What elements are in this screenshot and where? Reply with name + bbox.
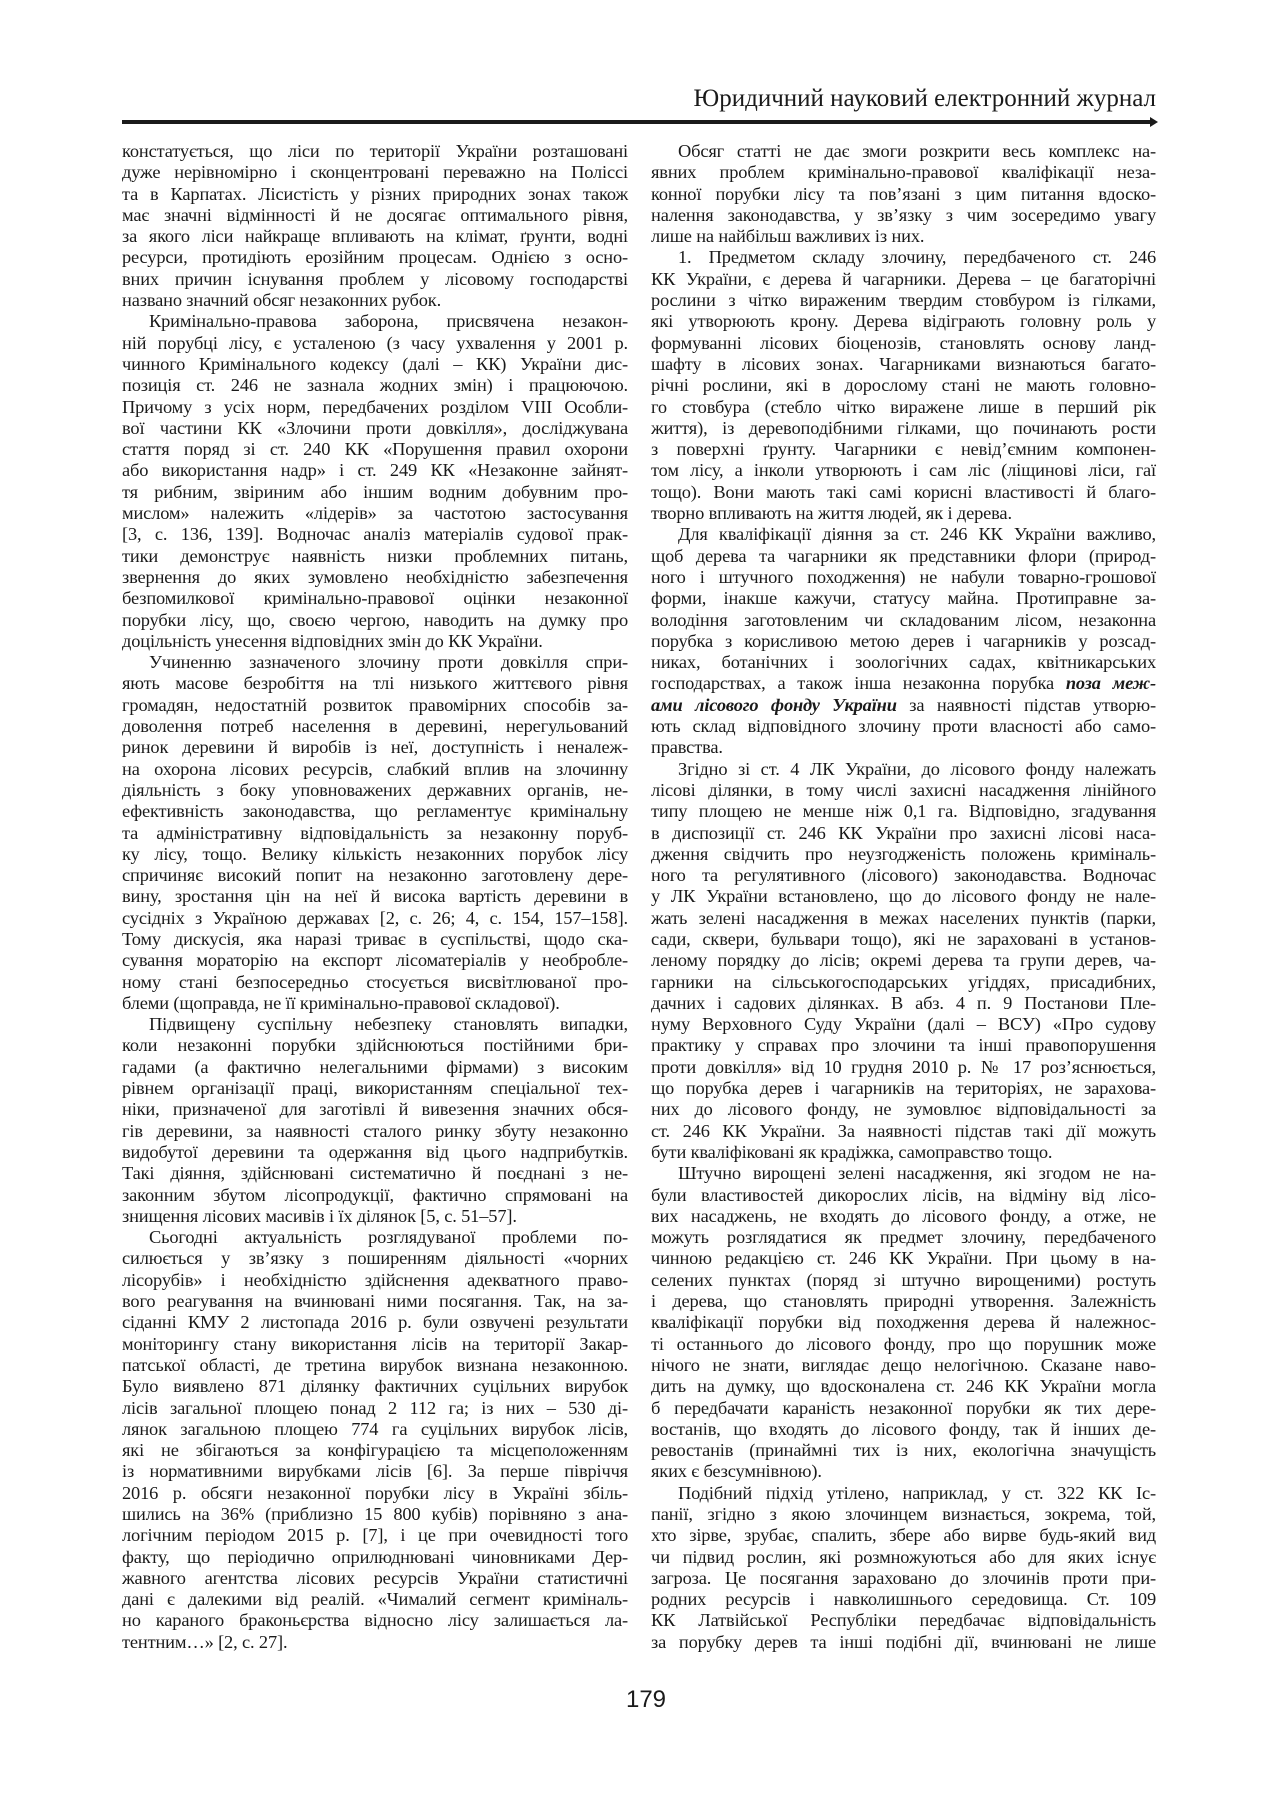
text-line: хто зірве, зрубає, спалить, збере або ви… bbox=[651, 1525, 1156, 1546]
text-run: Обсяг статті не дає змоги розкрити весь … bbox=[678, 141, 1156, 161]
text-line: моніторингу стану використання лісів на … bbox=[122, 1334, 628, 1355]
text-run: Подібний підхід утілено, наприклад, у ст… bbox=[678, 1483, 1156, 1503]
text-line: дані є далекими від реалій. «Чималий сег… bbox=[122, 1589, 628, 1610]
text-run: вої частини КК «Злочини проти довкілля»,… bbox=[122, 418, 628, 438]
text-run: ресурси, протидіють ерозійним процесам. … bbox=[122, 247, 628, 267]
text-run: тики демонструє наявність низки проблемн… bbox=[122, 546, 628, 566]
text-run: рослини з чітко вираженим твердим стовбу… bbox=[651, 290, 1156, 310]
text-run: вних причин існування проблем у лісовому… bbox=[122, 269, 628, 289]
text-line: сади, сквери, бульвари тощо), які не зар… bbox=[651, 929, 1156, 950]
text-line: доцільність унесення відповідних змін до… bbox=[122, 631, 628, 652]
text-run: з поверхні ґрунту. Чагарники є невід’ємн… bbox=[651, 439, 1156, 459]
text-run: типу площею не менше ніж 0,1 га. Відпові… bbox=[651, 801, 1156, 821]
text-run: дачних і садових ділянках. В абз. 4 п. 9… bbox=[651, 993, 1156, 1013]
text-run: Штучно вирощені зелені насадження, які з… bbox=[678, 1163, 1156, 1183]
text-run: ревостанів (принаймні тих із них, еколог… bbox=[651, 1440, 1156, 1460]
text-line: гадами (а фактично нелегальними фірмами)… bbox=[122, 1057, 628, 1078]
page-number: 179 bbox=[0, 1686, 1280, 1714]
text-line: тики демонструє наявність низки проблемн… bbox=[122, 546, 628, 567]
text-line: практику у справах про злочини та інші п… bbox=[651, 1035, 1156, 1056]
text-line: Було виявлено 871 ділянку фактичних суці… bbox=[122, 1376, 628, 1397]
text-run: життя), із деревоподібними гілками, що п… bbox=[651, 418, 1156, 438]
text-run: кваліфікації порубки від походження дере… bbox=[651, 1312, 1156, 1332]
text-run: тощо). Вони мають такі самі корисні влас… bbox=[651, 482, 1156, 502]
text-run: вих насаджень, не входять до лісового фо… bbox=[651, 1206, 1156, 1226]
text-line: Штучно вирощені зелені насадження, які з… bbox=[651, 1163, 1156, 1184]
text-line: селених пунктах (поряд зі штучно вирощен… bbox=[651, 1270, 1156, 1291]
text-run: за якого ліси найкраще впливають на клім… bbox=[122, 226, 628, 246]
text-line: леному порядку до лісів; окремі дерева т… bbox=[651, 950, 1156, 971]
text-line: тентним…» [2, с. 27]. bbox=[122, 1632, 628, 1653]
text-line: дуже нерівномірно і сконцентровані перев… bbox=[122, 162, 628, 183]
text-line: но караного браконьєрства відносно лісу … bbox=[122, 1610, 628, 1631]
text-line: які не збігаються за конфігурацією та мі… bbox=[122, 1440, 628, 1461]
text-run: явних проблем кримінально-правової квалі… bbox=[651, 162, 1156, 182]
text-line: том лісу, а інколи утворюють і сам ліс (… bbox=[651, 460, 1156, 481]
text-run: чинного Кримінального кодексу (далі – КК… bbox=[122, 354, 628, 374]
emphasis-text: ами лісового фонду України bbox=[651, 695, 897, 715]
text-run: спричиняє високий попит на незаконно заг… bbox=[122, 865, 628, 885]
text-run: господарствах, а також інша незаконна по… bbox=[651, 673, 1066, 693]
text-run: нічого не знати, виглядає дещо нелогічно… bbox=[651, 1355, 1156, 1375]
text-run: яких є безсумнівною). bbox=[651, 1461, 822, 1481]
text-run: нуму Верховного Суду України (далі – ВСУ… bbox=[651, 1014, 1156, 1034]
text-line: доволення потреб населення в деревині, н… bbox=[122, 716, 628, 737]
text-run: ринок деревини й виробів із неї, доступн… bbox=[122, 737, 628, 757]
text-line: в диспозиції ст. 246 КК України про захи… bbox=[651, 823, 1156, 844]
text-line: і дерева, що становлять природні утворен… bbox=[651, 1291, 1156, 1312]
text-line: ній порубці лісу, є усталеною (з часу ух… bbox=[122, 333, 628, 354]
text-run: силюється у зв’язку з поширенням діяльно… bbox=[122, 1248, 628, 1268]
text-line: нуму Верховного Суду України (далі – ВСУ… bbox=[651, 1014, 1156, 1035]
text-run: гів деревини, за наявності сталого ринку… bbox=[122, 1121, 628, 1141]
text-line: правства. bbox=[651, 737, 1156, 758]
text-run: дження свідчить про неузгодженість полож… bbox=[651, 844, 1156, 864]
text-line: гарники на сільськогосподарських угіддях… bbox=[651, 972, 1156, 993]
text-run: ному стані безпосередньо стосується висв… bbox=[122, 972, 628, 992]
text-run: формуванні лісових біоценозів, становлят… bbox=[651, 333, 1156, 353]
text-line: лісові ділянки, в тому числі захисні нас… bbox=[651, 780, 1156, 801]
text-line: порубки лісу, що, своєю чергою, наводить… bbox=[122, 610, 628, 631]
text-run: панії, згідно з якою злочинцем визнаєтьс… bbox=[651, 1504, 1156, 1524]
text-run: селених пунктах (поряд зі штучно вирощен… bbox=[651, 1270, 1156, 1290]
header-rule-divider bbox=[122, 120, 1152, 124]
text-line: ють склад відповідного злочину проти вла… bbox=[651, 716, 1156, 737]
text-line: знищення лісових масивів і їх ділянок [5… bbox=[122, 1206, 628, 1227]
text-run: лянок загальною площею 774 га суцільних … bbox=[122, 1419, 628, 1439]
text-run: дані є далекими від реалій. «Чималий сег… bbox=[122, 1589, 628, 1609]
text-line: яють масове безробіття на тлі низького ж… bbox=[122, 673, 628, 694]
text-run: сади, сквери, бульвари тощо), які не зар… bbox=[651, 929, 1156, 949]
text-line: ті останнього до лісового фонду, про що … bbox=[651, 1334, 1156, 1355]
text-line: востанів, що входять до лісового фонду, … bbox=[651, 1419, 1156, 1440]
text-line: кваліфікації порубки від походження дере… bbox=[651, 1312, 1156, 1333]
text-line: Обсяг статті не дає змоги розкрити весь … bbox=[651, 141, 1156, 162]
text-run: Такі діяння, здійснювані систематично й … bbox=[122, 1163, 628, 1183]
text-run: вину, зростання цін на неї й висока варт… bbox=[122, 886, 628, 906]
text-run: востанів, що входять до лісового фонду, … bbox=[651, 1419, 1156, 1439]
text-line: силюється у зв’язку з поширенням діяльно… bbox=[122, 1248, 628, 1269]
text-line: блеми (щоправда, не її кримінально-право… bbox=[122, 993, 628, 1014]
text-line: лісорубів» і необхідністю здійснення аде… bbox=[122, 1270, 628, 1291]
text-line: лише на найбільш важливих із них. bbox=[651, 226, 1156, 247]
text-line: факту, що періодично оприлюднювані чинов… bbox=[122, 1547, 628, 1568]
text-line: тощо). Вони мають такі самі корисні влас… bbox=[651, 482, 1156, 503]
text-line: б передбачати караність незаконної поруб… bbox=[651, 1398, 1156, 1419]
text-run: Було виявлено 871 ділянку фактичних суці… bbox=[122, 1376, 628, 1396]
text-run: які утворюють крону. Дерева відіграють г… bbox=[651, 311, 1156, 331]
text-line: які утворюють крону. Дерева відіграють г… bbox=[651, 311, 1156, 332]
text-line: тя рибним, звіриним або іншим водним доб… bbox=[122, 482, 628, 503]
text-run: констатується, що ліси по території Укра… bbox=[122, 141, 628, 161]
text-line: на охорона лісових ресурсів, слабкий впл… bbox=[122, 759, 628, 780]
text-run: [3, с. 136, 139]. Водночас аналіз матері… bbox=[122, 524, 628, 544]
text-run: рівнем організації праці, використанням … bbox=[122, 1078, 628, 1098]
text-line: сування мораторію на експорт лісоматеріа… bbox=[122, 950, 628, 971]
text-run: налення законодавства, у зв’язку з чим з… bbox=[651, 205, 1156, 225]
text-line: мислом» належить «лідерів» за частотою з… bbox=[122, 503, 628, 524]
text-run: ного і штучного походження) не набули то… bbox=[651, 567, 1156, 587]
text-line: видобутої деревини та одержання від цьог… bbox=[122, 1142, 628, 1163]
text-run: громадян, недостатній розвиток правомірн… bbox=[122, 695, 628, 715]
text-run: тя рибним, звіриним або іншим водним доб… bbox=[122, 482, 628, 502]
text-run: сування мораторію на експорт лісоматеріа… bbox=[122, 950, 628, 970]
text-line: названо значний обсяг незаконних рубок. bbox=[122, 290, 628, 311]
text-run: що порубка дерев і чагарників на територ… bbox=[651, 1078, 1156, 1098]
text-run: були властивостей дикорослих лісів, на в… bbox=[651, 1185, 1156, 1205]
text-line: формуванні лісових біоценозів, становлят… bbox=[651, 333, 1156, 354]
text-run: но караного браконьєрства відносно лісу … bbox=[122, 1610, 628, 1630]
text-run: Причому з усіх норм, передбачених розділ… bbox=[122, 397, 628, 417]
text-run: ку лісу, тощо. Велику кількість незаконн… bbox=[122, 844, 628, 864]
text-line: панії, згідно з якою злочинцем визнаєтьс… bbox=[651, 1504, 1156, 1525]
text-run: в диспозиції ст. 246 КК України про захи… bbox=[651, 823, 1156, 843]
left-column: констатується, що ліси по території Укра… bbox=[122, 141, 628, 1653]
text-line: гів деревини, за наявності сталого ринку… bbox=[122, 1121, 628, 1142]
text-run: видобутої деревини та одержання від цьог… bbox=[122, 1142, 628, 1162]
text-run: порубка з корисливою метою дерев і чагар… bbox=[651, 631, 1156, 651]
text-run: логічним періодом 2015 р. [7], і це при … bbox=[122, 1525, 628, 1545]
text-line: вину, зростання цін на неї й висока варт… bbox=[122, 886, 628, 907]
text-run: тентним…» [2, с. 27]. bbox=[122, 1632, 287, 1652]
text-run: лісорубів» і необхідністю здійснення аде… bbox=[122, 1270, 628, 1290]
text-run: ють склад відповідного злочину проти вла… bbox=[651, 716, 1156, 736]
text-line: ст. 246 КК України. За наявності підстав… bbox=[651, 1121, 1156, 1142]
text-run: проти довкілля» від 10 грудня 2010 р. № … bbox=[651, 1057, 1156, 1077]
text-line: форми, інакше кажучи, статусу майна. Про… bbox=[651, 588, 1156, 609]
text-line: шафту в лісових зонах. Чагарниками визна… bbox=[651, 354, 1156, 375]
text-run: законним збутом лісопродукції, фактично … bbox=[122, 1185, 628, 1205]
text-line: Сьогодні актуальність розглядуваної проб… bbox=[122, 1227, 628, 1248]
text-run: гарники на сільськогосподарських угіддях… bbox=[651, 972, 1156, 992]
text-line: Учиненню зазначеного злочину проти довкі… bbox=[122, 652, 628, 673]
text-line: творно впливають на життя людей, як і де… bbox=[651, 503, 1156, 524]
text-run: 1. Предметом складу злочину, передбачено… bbox=[678, 247, 1156, 267]
text-run: лісів загальної площею понад 2 112 га; і… bbox=[122, 1398, 628, 1418]
text-line: никах, ботанічних і зоологічних садах, к… bbox=[651, 652, 1156, 673]
text-run: можуть розглядатися як предмет злочину, … bbox=[651, 1227, 1156, 1247]
text-line: чинною редакцією ст. 246 КК України. При… bbox=[651, 1248, 1156, 1269]
text-line: ку лісу, тощо. Велику кількість незаконн… bbox=[122, 844, 628, 865]
text-run: КК Латвійської Республіки передбачає від… bbox=[651, 1610, 1156, 1630]
text-run: ефективність законодавства, що регламент… bbox=[122, 801, 628, 821]
text-line: Згідно зі ст. 4 ЛК України, до лісового … bbox=[651, 759, 1156, 780]
text-run: із нормативними вирубками лісів [6]. За … bbox=[122, 1461, 628, 1481]
text-run: доволення потреб населення в деревині, н… bbox=[122, 716, 628, 736]
text-line: типу площею не менше ніж 0,1 га. Відпові… bbox=[651, 801, 1156, 822]
text-run: факту, що періодично оприлюднювані чинов… bbox=[122, 1547, 628, 1567]
text-line: КК Латвійської Республіки передбачає від… bbox=[651, 1610, 1156, 1631]
text-line: чинного Кримінального кодексу (далі – КК… bbox=[122, 354, 628, 375]
text-run: Учиненню зазначеного злочину проти довкі… bbox=[149, 652, 628, 672]
text-line: коли незаконні порубки здійснюються пост… bbox=[122, 1035, 628, 1056]
text-line: дачних і садових ділянках. В абз. 4 п. 9… bbox=[651, 993, 1156, 1014]
text-run: чи підвид рослин, які розмножуються або … bbox=[651, 1547, 1156, 1567]
text-run: знищення лісових масивів і їх ділянок [5… bbox=[122, 1206, 517, 1226]
text-line: шились на 36% (приблизно 15 800 кубів) п… bbox=[122, 1504, 628, 1525]
text-line: логічним періодом 2015 р. [7], і це при … bbox=[122, 1525, 628, 1546]
text-line: ринок деревини й виробів із неї, доступн… bbox=[122, 737, 628, 758]
text-run: ніки, призначеної для заготівлі й вивезе… bbox=[122, 1099, 628, 1119]
text-line: родних ресурсів і навколишнього середови… bbox=[651, 1589, 1156, 1610]
text-line: дження свідчить про неузгодженість полож… bbox=[651, 844, 1156, 865]
text-line: Подібний підхід утілено, наприклад, у ст… bbox=[651, 1483, 1156, 1504]
text-line: 2016 р. обсяги незаконної порубки лісу в… bbox=[122, 1483, 628, 1504]
text-run: і дерева, що становлять природні утворен… bbox=[651, 1291, 1156, 1311]
text-line: ефективність законодавства, що регламент… bbox=[122, 801, 628, 822]
text-run: го стовбура (стебло чітко виражене лише … bbox=[651, 397, 1156, 417]
text-run: щоб дерева та чагарники як представники … bbox=[651, 546, 1156, 566]
text-run: бути кваліфіковані як крадіжка, самоправ… bbox=[651, 1142, 1052, 1162]
text-line: щоб дерева та чагарники як представники … bbox=[651, 546, 1156, 567]
text-run: лісові ділянки, в тому числі захисні нас… bbox=[651, 780, 1156, 800]
text-line: Тому дискусія, яка наразі триває в суспі… bbox=[122, 929, 628, 950]
text-line: або використання надр» і ст. 249 КК «Нез… bbox=[122, 460, 628, 481]
text-run: ного та регулятивного (лісового) законод… bbox=[651, 865, 1156, 885]
text-run: гадами (а фактично нелегальними фірмами)… bbox=[122, 1057, 628, 1077]
text-line: лянок загальною площею 774 га суцільних … bbox=[122, 1419, 628, 1440]
text-run: Згідно зі ст. 4 ЛК України, до лісового … bbox=[678, 759, 1156, 779]
text-line: бути кваліфіковані як крадіжка, самоправ… bbox=[651, 1142, 1156, 1163]
text-run: коли незаконні порубки здійснюються пост… bbox=[122, 1035, 628, 1055]
text-line: Причому з усіх норм, передбачених розділ… bbox=[122, 397, 628, 418]
text-run: яють масове безробіття на тлі низького ж… bbox=[122, 673, 628, 693]
text-line: ному стані безпосередньо стосується висв… bbox=[122, 972, 628, 993]
text-line: вних причин існування проблем у лісовому… bbox=[122, 269, 628, 290]
text-run: Кримінально-правова заборона, присвячена… bbox=[149, 311, 628, 331]
text-run: патської області, де третина вирубок виз… bbox=[122, 1355, 628, 1375]
text-run: форми, інакше кажучи, статусу майна. Про… bbox=[651, 588, 1156, 608]
text-line: за якого ліси найкраще впливають на клім… bbox=[122, 226, 628, 247]
text-line: сіданні КМУ 2 листопада 2016 р. були озв… bbox=[122, 1312, 628, 1333]
text-line: загроза. Це посягання зараховано до злоч… bbox=[651, 1568, 1156, 1589]
text-run: лише на найбільш важливих із них. bbox=[651, 226, 924, 246]
text-line: ного і штучного походження) не набули то… bbox=[651, 567, 1156, 588]
text-run: 2016 р. обсяги незаконної порубки лісу в… bbox=[122, 1483, 628, 1503]
text-run: та в Карпатах. Лісистість у різних приро… bbox=[122, 184, 628, 204]
text-run: практику у справах про злочини та інші п… bbox=[651, 1035, 1156, 1055]
text-run: доцільність унесення відповідних змін до… bbox=[122, 631, 543, 651]
journal-title: Юридичний науковий електронний журнал bbox=[694, 84, 1156, 114]
right-column: Обсяг статті не дає змоги розкрити весь … bbox=[651, 141, 1156, 1653]
text-run: вого реагування на вчинювані ними посяга… bbox=[122, 1291, 628, 1311]
text-line: громадян, недостатній розвиток правомірн… bbox=[122, 695, 628, 716]
text-run: дуже нерівномірно і сконцентровані перев… bbox=[122, 162, 628, 182]
text-line: жать зелені насадження в межах населених… bbox=[651, 908, 1156, 929]
text-line: жавного агентства лісових ресурсів Украї… bbox=[122, 1568, 628, 1589]
text-run: дить на думку, що вдосконалена ст. 246 К… bbox=[651, 1376, 1156, 1396]
text-line: рівнем організації праці, використанням … bbox=[122, 1078, 628, 1099]
text-run: або використання надр» і ст. 249 КК «Нез… bbox=[122, 460, 628, 480]
text-line: діяльність з боку уповноважених державни… bbox=[122, 780, 628, 801]
text-run: ст. 246 КК України. За наявності підстав… bbox=[651, 1121, 1156, 1141]
text-run: сусідніх з Україною державах [2, с. 26; … bbox=[122, 908, 628, 928]
text-run: які не збігаються за конфігурацією та мі… bbox=[122, 1440, 628, 1460]
text-line: річні рослини, які в дорослому стані не … bbox=[651, 375, 1156, 396]
text-run: жать зелені насадження в межах населених… bbox=[651, 908, 1156, 928]
text-run: названо значний обсяг незаконних рубок. bbox=[122, 290, 441, 310]
text-line: Такі діяння, здійснювані систематично й … bbox=[122, 1163, 628, 1184]
text-line: лісів загальної площею понад 2 112 га; і… bbox=[122, 1398, 628, 1419]
text-line: КК України, є дерева й чагарники. Дерева… bbox=[651, 269, 1156, 290]
text-run: хто зірве, зрубає, спалить, збере або ви… bbox=[651, 1525, 1156, 1545]
text-line: ресурси, протидіють ерозійним процесам. … bbox=[122, 247, 628, 268]
text-line: нічого не знати, виглядає дещо нелогічно… bbox=[651, 1355, 1156, 1376]
text-line: патської області, де третина вирубок виз… bbox=[122, 1355, 628, 1376]
text-run: мислом» належить «лідерів» за частотою з… bbox=[122, 503, 628, 523]
text-line: чи підвид рослин, які розмножуються або … bbox=[651, 1547, 1156, 1568]
text-run: має значні відмінності й не досягає опти… bbox=[122, 205, 628, 225]
text-run: річні рослини, які в дорослому стані не … bbox=[651, 375, 1156, 395]
text-run: діяльність з боку уповноважених державни… bbox=[122, 780, 628, 800]
arrow-right-icon bbox=[1150, 117, 1158, 127]
text-line: спричиняє високий попит на незаконно заг… bbox=[122, 865, 628, 886]
text-run: володіння заготовленим чи складованим лі… bbox=[651, 610, 1156, 630]
text-line: ніки, призначеної для заготівлі й вивезе… bbox=[122, 1099, 628, 1120]
text-run: Підвищену суспільну небезпеку становлять… bbox=[149, 1014, 628, 1034]
text-run: жавного агентства лісових ресурсів Украї… bbox=[122, 1568, 628, 1588]
text-run: та адміністративну відповідальність за н… bbox=[122, 823, 628, 843]
text-run: шились на 36% (приблизно 15 800 кубів) п… bbox=[122, 1504, 628, 1524]
emphasis-text: поза меж- bbox=[1066, 673, 1156, 693]
text-run: звернення до яких зумовлено необхідністю… bbox=[122, 567, 628, 587]
text-run: порубки лісу, що, своєю чергою, наводить… bbox=[122, 610, 628, 630]
text-run: за наявності підстав утворю- bbox=[897, 695, 1156, 715]
text-line: має значні відмінності й не досягає опти… bbox=[122, 205, 628, 226]
text-line: [3, с. 136, 139]. Водночас аналіз матері… bbox=[122, 524, 628, 545]
text-run: у ЛК України встановлено, що до лісового… bbox=[651, 886, 1156, 906]
text-line: Для кваліфікації діяння за ст. 246 КК Ук… bbox=[651, 524, 1156, 545]
text-run: конної порубки лісу та пов’язані з цим п… bbox=[651, 184, 1156, 204]
text-line: законним збутом лісопродукції, фактично … bbox=[122, 1185, 628, 1206]
text-run: шафту в лісових зонах. Чагарниками визна… bbox=[651, 354, 1156, 374]
text-run: ті останнього до лісового фонду, про що … bbox=[651, 1334, 1156, 1354]
text-run: творно впливають на життя людей, як і де… bbox=[651, 503, 1012, 523]
text-line: господарствах, а також інша незаконна по… bbox=[651, 673, 1156, 694]
text-run: родних ресурсів і навколишнього середови… bbox=[651, 1589, 1156, 1609]
text-line: ного та регулятивного (лісового) законод… bbox=[651, 865, 1156, 886]
text-run: том лісу, а інколи утворюють і сам ліс (… bbox=[651, 460, 1156, 480]
text-line: позиція ст. 246 не зазнала жодних змін) … bbox=[122, 375, 628, 396]
text-line: дить на думку, що вдосконалена ст. 246 К… bbox=[651, 1376, 1156, 1397]
text-line: порубка з корисливою метою дерев і чагар… bbox=[651, 631, 1156, 652]
text-line: безпомилкової кримінально-правової оцінк… bbox=[122, 588, 628, 609]
text-run: них до лісового фонду, не зумовлює відпо… bbox=[651, 1099, 1156, 1119]
text-line: 1. Предметом складу злочину, передбачено… bbox=[651, 247, 1156, 268]
text-run: безпомилкової кримінально-правової оцінк… bbox=[122, 588, 628, 608]
text-line: ами лісового фонду України за наявності … bbox=[651, 695, 1156, 716]
text-run: Для кваліфікації діяння за ст. 246 КК Ук… bbox=[678, 524, 1156, 544]
text-run: загроза. Це посягання зараховано до злоч… bbox=[651, 1568, 1156, 1588]
text-line: них до лісового фонду, не зумовлює відпо… bbox=[651, 1099, 1156, 1120]
text-line: сусідніх з Україною державах [2, с. 26; … bbox=[122, 908, 628, 929]
text-line: можуть розглядатися як предмет злочину, … bbox=[651, 1227, 1156, 1248]
text-line: проти довкілля» від 10 грудня 2010 р. № … bbox=[651, 1057, 1156, 1078]
text-line: конної порубки лісу та пов’язані з цим п… bbox=[651, 184, 1156, 205]
text-run: сіданні КМУ 2 листопада 2016 р. були озв… bbox=[122, 1312, 628, 1332]
text-run: моніторингу стану використання лісів на … bbox=[122, 1334, 628, 1354]
text-run: КК України, є дерева й чагарники. Дерева… bbox=[651, 269, 1156, 289]
text-run: позиція ст. 246 не зазнала жодних змін) … bbox=[122, 375, 628, 395]
text-line: та адміністративну відповідальність за н… bbox=[122, 823, 628, 844]
text-run: Тому дискусія, яка наразі триває в суспі… bbox=[122, 929, 628, 949]
text-line: явних проблем кримінально-правової квалі… bbox=[651, 162, 1156, 183]
text-line: були властивостей дикорослих лісів, на в… bbox=[651, 1185, 1156, 1206]
text-run: на охорона лісових ресурсів, слабкий впл… bbox=[122, 759, 628, 779]
text-run: блеми (щоправда, не її кримінально-право… bbox=[122, 993, 560, 1013]
text-line: що порубка дерев і чагарників на територ… bbox=[651, 1078, 1156, 1099]
text-line: яких є безсумнівною). bbox=[651, 1461, 1156, 1482]
text-line: ревостанів (принаймні тих із них, еколог… bbox=[651, 1440, 1156, 1461]
text-line: з поверхні ґрунту. Чагарники є невід’ємн… bbox=[651, 439, 1156, 460]
text-line: із нормативними вирубками лісів [6]. За … bbox=[122, 1461, 628, 1482]
text-run: стаття поряд зі ст. 240 КК «Порушення пр… bbox=[122, 439, 628, 459]
text-line: за порубку дерев та інші подібні дії, вч… bbox=[651, 1632, 1156, 1653]
text-line: налення законодавства, у зв’язку з чим з… bbox=[651, 205, 1156, 226]
text-run: никах, ботанічних і зоологічних садах, к… bbox=[651, 652, 1156, 672]
text-line: звернення до яких зумовлено необхідністю… bbox=[122, 567, 628, 588]
text-line: рослини з чітко вираженим твердим стовбу… bbox=[651, 290, 1156, 311]
text-line: го стовбура (стебло чітко виражене лише … bbox=[651, 397, 1156, 418]
text-line: констатується, що ліси по території Укра… bbox=[122, 141, 628, 162]
text-run: за порубку дерев та інші подібні дії, вч… bbox=[651, 1632, 1156, 1652]
text-line: вої частини КК «Злочини проти довкілля»,… bbox=[122, 418, 628, 439]
text-run: правства. bbox=[651, 737, 723, 757]
text-line: Кримінально-правова заборона, присвячена… bbox=[122, 311, 628, 332]
text-run: Сьогодні актуальність розглядуваної проб… bbox=[149, 1227, 628, 1247]
text-line: стаття поряд зі ст. 240 КК «Порушення пр… bbox=[122, 439, 628, 460]
text-line: у ЛК України встановлено, що до лісового… bbox=[651, 886, 1156, 907]
text-line: та в Карпатах. Лісистість у різних приро… bbox=[122, 184, 628, 205]
text-line: вого реагування на вчинювані ними посяга… bbox=[122, 1291, 628, 1312]
text-run: леному порядку до лісів; окремі дерева т… bbox=[651, 950, 1156, 970]
text-line: життя), із деревоподібними гілками, що п… bbox=[651, 418, 1156, 439]
text-run: ній порубці лісу, є усталеною (з часу ух… bbox=[122, 333, 628, 353]
text-run: б передбачати караність незаконної поруб… bbox=[651, 1398, 1156, 1418]
text-run: чинною редакцією ст. 246 КК України. При… bbox=[651, 1248, 1156, 1268]
text-line: Підвищену суспільну небезпеку становлять… bbox=[122, 1014, 628, 1035]
text-line: вих насаджень, не входять до лісового фо… bbox=[651, 1206, 1156, 1227]
text-line: володіння заготовленим чи складованим лі… bbox=[651, 610, 1156, 631]
